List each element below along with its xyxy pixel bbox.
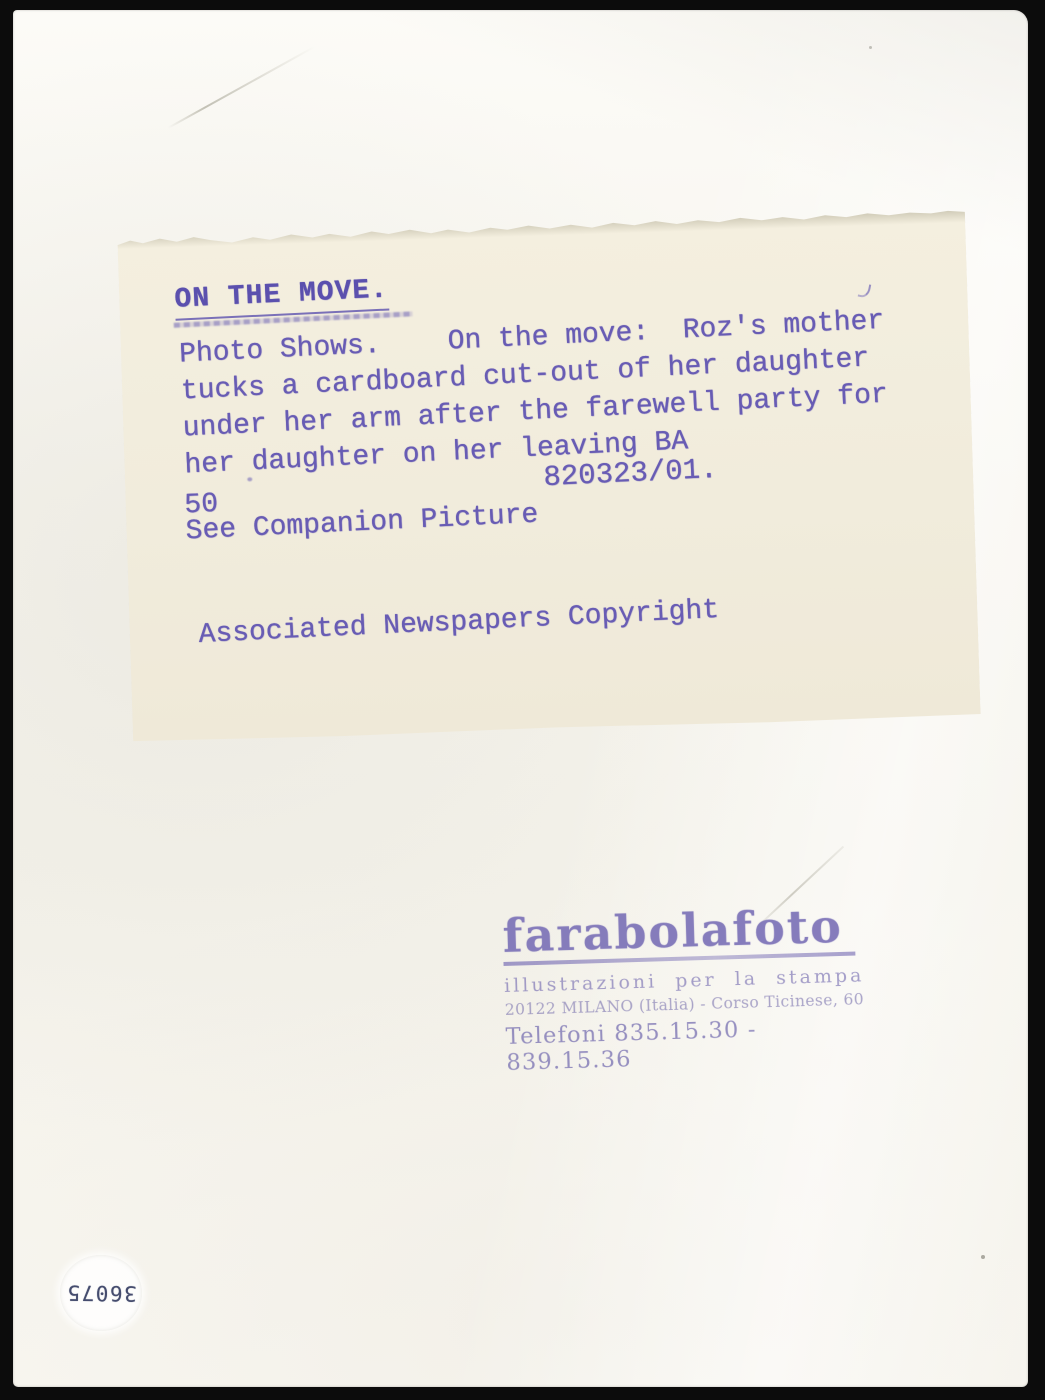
- photo-back: ON THE MOVE. Photo Shows. On the move: R…: [13, 10, 1028, 1387]
- caption-body: Photo Shows. On the move: Roz's mother t…: [178, 303, 890, 485]
- ink-tick-mark: [858, 283, 872, 299]
- caption-text-block: ON THE MOVE. Photo Shows. On the move: R…: [113, 195, 984, 743]
- archive-sticker: 36075: [60, 1255, 142, 1331]
- archive-number: 36075: [65, 1281, 136, 1306]
- companion-note: See Companion Picture: [185, 500, 539, 548]
- paper-speck: [981, 1255, 985, 1259]
- agency-stamp: farabolafoto illustrazioni per la stampa…: [502, 902, 887, 1076]
- paper-speck: [869, 46, 872, 49]
- crease-mark: [168, 46, 316, 129]
- agency-stamp-name: farabolafoto: [502, 902, 883, 959]
- agency-stamp-phones: Telefoni 835.15.30 - 839.15.36: [505, 1012, 886, 1075]
- copyright-line: Associated Newspapers Copyright: [198, 595, 720, 651]
- reference-number: 820323/01.: [543, 453, 718, 494]
- typed-caption-card: ON THE MOVE. Photo Shows. On the move: R…: [117, 209, 981, 743]
- caption-title: ON THE MOVE.: [174, 275, 389, 321]
